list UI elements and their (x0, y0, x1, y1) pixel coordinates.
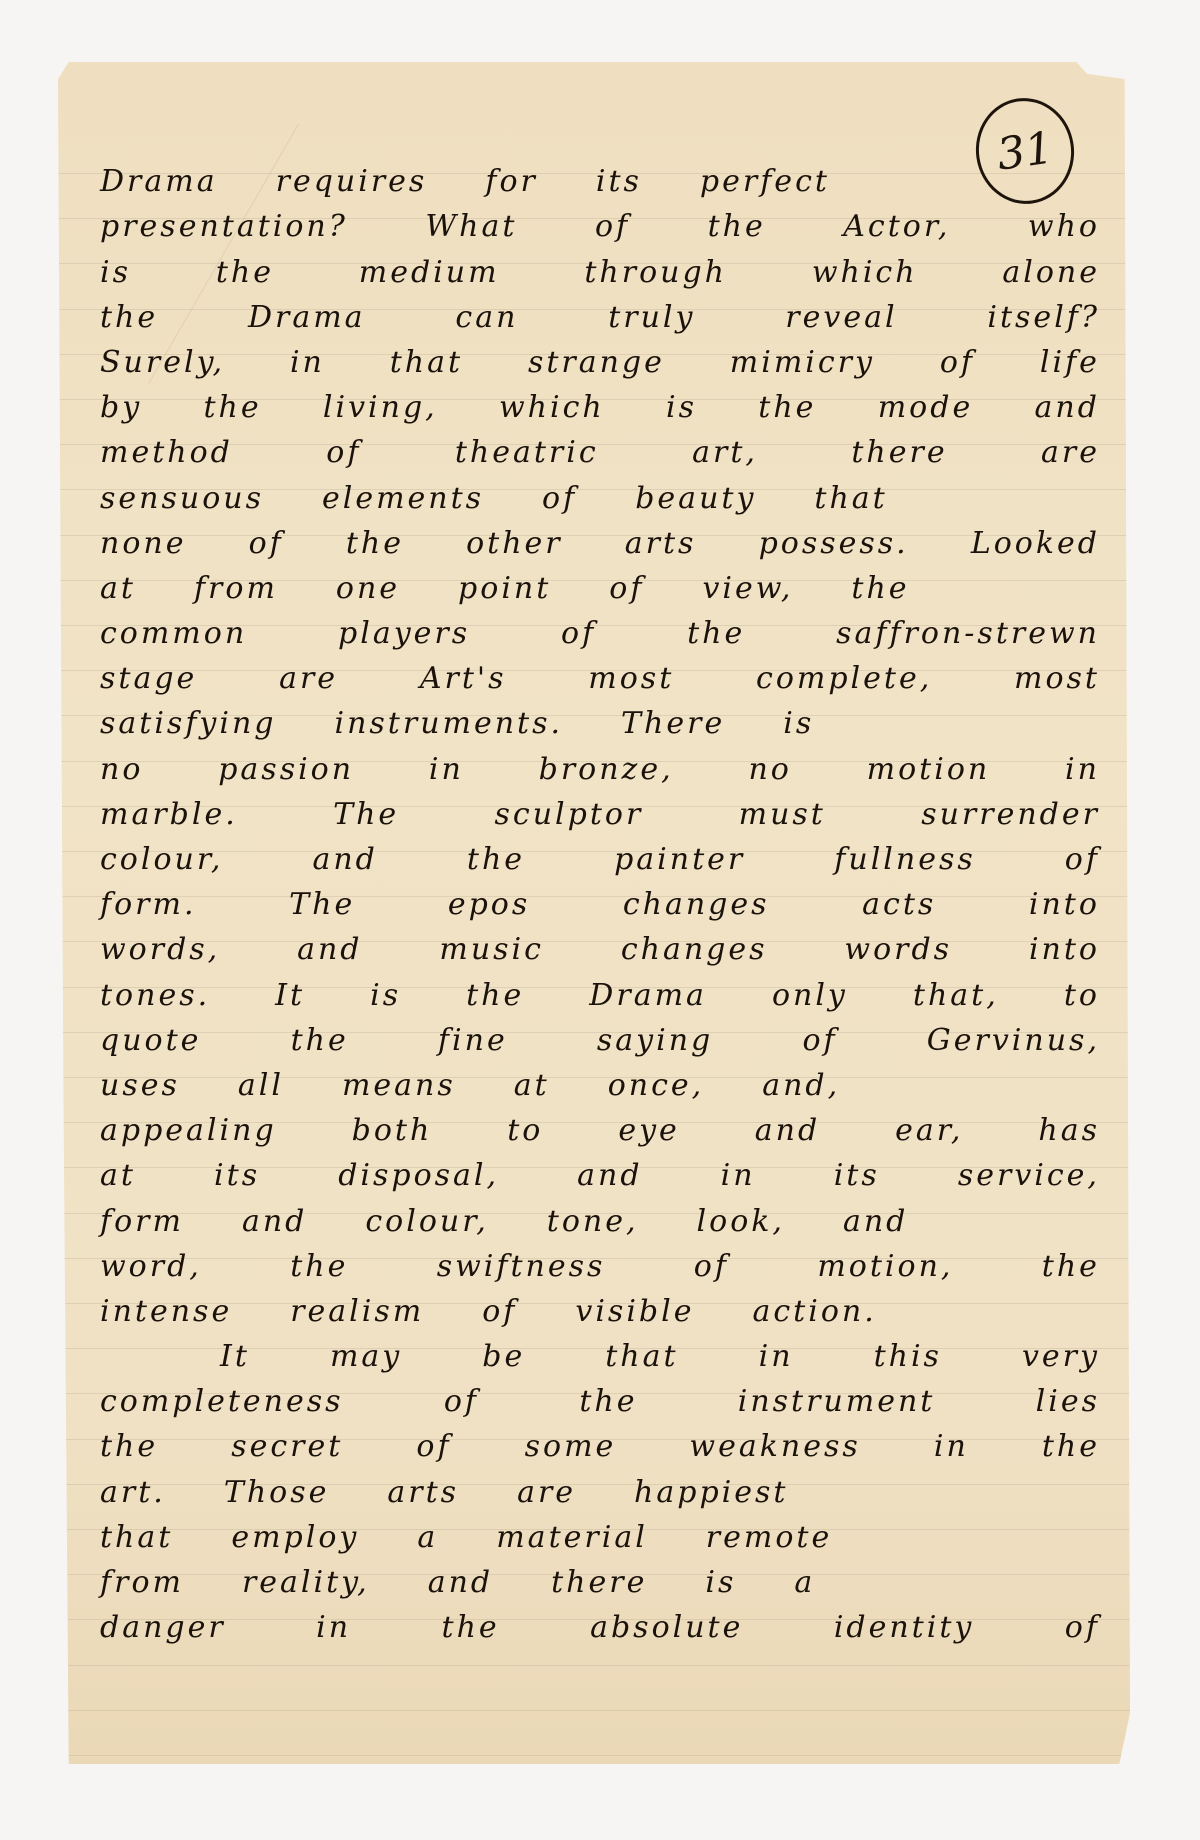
word: secret (231, 1432, 343, 1462)
word: art, (692, 438, 758, 468)
word: sensuous (100, 484, 264, 514)
word: satisfying (100, 709, 277, 739)
word: ear, (895, 1116, 963, 1146)
word: lies (1036, 1387, 1100, 1417)
word: realism (290, 1297, 424, 1327)
word: players (338, 619, 470, 649)
word: which (812, 258, 918, 288)
word: none (100, 529, 186, 559)
word: changes (623, 890, 770, 920)
word: is (100, 258, 131, 288)
manuscript-line: thatemployamaterialremote (100, 1514, 1100, 1559)
word: that (814, 484, 887, 514)
word: no (748, 755, 791, 785)
word: of (542, 484, 577, 514)
word: and (242, 1207, 307, 1237)
handwritten-text: Dramarequiresforitsperfectpresentation?W… (100, 158, 1100, 1649)
word: Surely, (100, 348, 225, 378)
word: requires (276, 167, 428, 197)
word: that (605, 1342, 678, 1372)
manuscript-line: theDramacantrulyrevealitself? (100, 294, 1100, 339)
word: instrument (738, 1387, 936, 1417)
word: who (1028, 212, 1100, 242)
word: arts (387, 1478, 459, 1508)
manuscript-page: 31 Dramarequiresforitsperfectpresentatio… (58, 62, 1130, 1764)
manuscript-line: sensuouselementsofbeautythat (100, 474, 1100, 519)
word: form. (100, 890, 197, 920)
word: is (370, 981, 401, 1011)
word: and (428, 1568, 493, 1598)
word: from (100, 1568, 184, 1598)
word: is (783, 709, 814, 739)
word: has (1038, 1116, 1100, 1146)
word: stage (100, 664, 197, 694)
word: mimicry (730, 348, 875, 378)
word: itself? (987, 303, 1100, 333)
word: and, (762, 1071, 840, 1101)
word: reality, (242, 1568, 370, 1598)
word: medium (359, 258, 500, 288)
word: fullness (834, 845, 975, 875)
word: of (249, 529, 284, 559)
word: alone (1002, 258, 1100, 288)
word: and (577, 1161, 642, 1191)
word: a (794, 1568, 815, 1598)
word: of (802, 1026, 837, 1056)
word: at (100, 574, 136, 604)
word: that, (913, 981, 999, 1011)
word: sculptor (495, 800, 644, 830)
word: happiest (634, 1478, 788, 1508)
word: music (439, 935, 544, 965)
word: identity (834, 1613, 975, 1643)
word: remote (706, 1523, 832, 1553)
word: point (458, 574, 551, 604)
word: the (579, 1387, 637, 1417)
word: that (100, 1523, 173, 1553)
word: uses (100, 1071, 180, 1101)
word: no (100, 755, 143, 785)
word: of (1065, 845, 1100, 875)
word: visible (575, 1297, 694, 1327)
word: the (687, 619, 745, 649)
word: colour, (365, 1207, 488, 1237)
word: possess. (759, 529, 909, 559)
word: of (595, 212, 630, 242)
word: eye (618, 1116, 679, 1146)
word: in (290, 348, 325, 378)
word: that (390, 348, 463, 378)
word: into (1029, 890, 1100, 920)
word: surrender (921, 800, 1100, 830)
word: are (1041, 438, 1100, 468)
word: swiftness (437, 1252, 606, 1282)
word: Those (224, 1478, 330, 1508)
word: of (482, 1297, 517, 1327)
word: the (346, 529, 404, 559)
manuscript-line: usesallmeansatonce,and, (100, 1062, 1100, 1107)
word: It (220, 1342, 250, 1372)
ruled-line (58, 1665, 1130, 1666)
word: to (1064, 981, 1100, 1011)
word: common (100, 619, 247, 649)
word: elements (322, 484, 484, 514)
manuscript-line: nopassioninbronze,nomotionin (100, 745, 1100, 790)
word: look, (697, 1207, 785, 1237)
word: arts (625, 529, 697, 559)
word: other (466, 529, 563, 559)
word: some (525, 1432, 617, 1462)
manuscript-line: noneoftheotherartspossess.Looked (100, 520, 1100, 565)
word: words, (100, 935, 220, 965)
word: is (666, 393, 697, 423)
word: through (584, 258, 727, 288)
manuscript-line: atitsdisposal,andinitsservice, (100, 1152, 1100, 1197)
word: disposal, (338, 1161, 499, 1191)
word: action. (752, 1297, 876, 1327)
manuscript-line: dangerintheabsoluteidentityof (100, 1604, 1100, 1649)
word: Drama (248, 303, 366, 333)
word: view, (702, 574, 793, 604)
manuscript-line: methodoftheatricart,thereare (100, 429, 1100, 474)
word: at (514, 1071, 550, 1101)
word: epos (448, 890, 530, 920)
manuscript-line: colour,andthepainterfullnessof (100, 836, 1100, 881)
word: Drama (589, 981, 707, 1011)
word: and (297, 935, 362, 965)
word: the (291, 1026, 349, 1056)
word: one (336, 574, 400, 604)
word: the (100, 1432, 158, 1462)
manuscript-line: stageareArt'smostcomplete,most (100, 655, 1100, 700)
word: which (499, 393, 605, 423)
word: and (1035, 393, 1100, 423)
word: is (705, 1568, 736, 1598)
manuscript-line: atfromonepointofview,the (100, 565, 1100, 610)
word: into (1029, 935, 1100, 965)
word: absolute (590, 1613, 743, 1643)
manuscript-line: Dramarequiresforitsperfect (100, 158, 1100, 203)
word: may (330, 1342, 402, 1372)
word: of (416, 1432, 451, 1462)
word: tone, (547, 1207, 639, 1237)
word: changes (621, 935, 768, 965)
word: the (290, 1252, 348, 1282)
word: The (333, 800, 399, 830)
word: motion, (817, 1252, 953, 1282)
word: most (1014, 664, 1100, 694)
word: Gervinus, (927, 1026, 1100, 1056)
word: the (466, 981, 524, 1011)
word: reveal (785, 303, 897, 333)
word: method (100, 438, 233, 468)
word: Actor, (843, 212, 950, 242)
word: painter (614, 845, 745, 875)
word: means (342, 1071, 456, 1101)
word: complete, (756, 664, 932, 694)
word: in (429, 755, 464, 785)
word: must (739, 800, 826, 830)
word: living, (323, 393, 438, 423)
ruled-line (58, 1710, 1130, 1711)
word: and (843, 1207, 908, 1237)
word: completeness (100, 1387, 344, 1417)
word: of (609, 574, 644, 604)
word: in (316, 1613, 351, 1643)
word: in (1065, 755, 1100, 785)
word: acts (862, 890, 936, 920)
word: word, (100, 1252, 202, 1282)
word: are (279, 664, 338, 694)
word: the (216, 258, 274, 288)
manuscript-line: art.Thoseartsarehappiest (100, 1468, 1100, 1513)
word: danger (100, 1613, 226, 1643)
word: of (561, 619, 596, 649)
word: presentation? (100, 212, 348, 242)
word: of (1065, 1613, 1100, 1643)
manuscript-line: tones.ItistheDramaonlythat,to (100, 971, 1100, 1016)
word: fine (438, 1026, 508, 1056)
manuscript-line: Surely,inthatstrangemimicryoflife (100, 339, 1100, 384)
word: of (694, 1252, 729, 1282)
word: there (851, 438, 947, 468)
word: of (940, 348, 975, 378)
manuscript-line: form.Theeposchangesactsinto (100, 881, 1100, 926)
word: service, (958, 1161, 1100, 1191)
ink-blot-right (1134, 1744, 1176, 1826)
manuscript-line: thesecretofsomeweaknessinthe (100, 1423, 1100, 1468)
word: its (214, 1161, 260, 1191)
word: a (417, 1523, 438, 1553)
word: instruments. (335, 709, 564, 739)
word: be (482, 1342, 525, 1372)
word: appealing (100, 1116, 277, 1146)
word: Art's (420, 664, 507, 694)
word: life (1040, 348, 1100, 378)
word: in (721, 1161, 756, 1191)
ink-blot-left (158, 1814, 184, 1826)
word: there (551, 1568, 647, 1598)
manuscript-line: presentation?WhatoftheActor,who (100, 203, 1100, 248)
word: passion (218, 755, 354, 785)
word: beauty (635, 484, 756, 514)
word: in (934, 1432, 969, 1462)
word: the (203, 393, 261, 423)
manuscript-line: intenserealismofvisibleaction. (100, 1288, 1100, 1333)
word: the (758, 393, 816, 423)
word: are (517, 1478, 576, 1508)
word: the (467, 845, 525, 875)
word: all (238, 1071, 284, 1101)
word: marble. (100, 800, 238, 830)
manuscript-line: satisfyinginstruments.Thereis (100, 700, 1100, 745)
word: from (194, 574, 278, 604)
word: theatric (455, 438, 599, 468)
word: words (844, 935, 952, 965)
word: the (708, 212, 766, 242)
word: It (275, 981, 305, 1011)
word: the (442, 1613, 500, 1643)
word: and (312, 845, 377, 875)
word: both (352, 1116, 433, 1146)
word: There (621, 709, 725, 739)
word: weakness (689, 1432, 860, 1462)
word: the (1042, 1252, 1100, 1282)
word: very (1022, 1342, 1100, 1372)
manuscript-line: words,andmusicchangeswordsinto (100, 926, 1100, 971)
manuscript-line: quotethefinesayingofGervinus, (100, 1017, 1100, 1062)
word: The (289, 890, 355, 920)
manuscript-line: bytheliving,whichisthemodeand (100, 384, 1100, 429)
word: this (874, 1342, 942, 1372)
word: its (596, 167, 642, 197)
word: and (755, 1116, 820, 1146)
word: mode (878, 393, 973, 423)
word: motion (867, 755, 991, 785)
word: its (834, 1161, 880, 1191)
word: tones. (100, 981, 210, 1011)
manuscript-line: commonplayersofthesaffron-strewn (100, 610, 1100, 655)
ruled-line (58, 1755, 1130, 1756)
word: bronze, (539, 755, 674, 785)
word: for (485, 167, 538, 197)
word: the (851, 574, 909, 604)
word: only (772, 981, 848, 1011)
word: most (588, 664, 674, 694)
word: material (496, 1523, 648, 1553)
word: can (455, 303, 518, 333)
word: strange (528, 348, 665, 378)
manuscript-line: appealingbothtoeyeandear,has (100, 1107, 1100, 1152)
manuscript-line: fromreality,andthereisa (100, 1559, 1100, 1604)
word: saying (597, 1026, 713, 1056)
word: What (425, 212, 517, 242)
manuscript-line: word,theswiftnessofmotion,the (100, 1243, 1100, 1288)
word: once, (608, 1071, 704, 1101)
word: at (100, 1161, 136, 1191)
word: quote (100, 1026, 201, 1056)
word: by (100, 393, 142, 423)
word: art. (100, 1478, 166, 1508)
word: Drama (100, 167, 218, 197)
word: to (507, 1116, 543, 1146)
word: truly (608, 303, 695, 333)
word: of (444, 1387, 479, 1417)
word: saffron-strewn (836, 619, 1100, 649)
manuscript-line: formandcolour,tone,look,and (100, 1197, 1100, 1242)
word: in (759, 1342, 794, 1372)
word: of (326, 438, 361, 468)
word: perfect (700, 167, 830, 197)
word: intense (100, 1297, 232, 1327)
manuscript-line: completenessoftheinstrumentlies (100, 1378, 1100, 1423)
manuscript-line: marble.Thesculptormustsurrender (100, 791, 1100, 836)
word: the (100, 303, 158, 333)
word: the (1042, 1432, 1100, 1462)
manuscript-line: isthemediumthroughwhichalone (100, 248, 1100, 293)
word: colour, (100, 845, 223, 875)
word: form (100, 1207, 184, 1237)
word: Looked (971, 529, 1100, 559)
word: employ (231, 1523, 359, 1553)
manuscript-line: Itmaybethatinthisvery (100, 1333, 1100, 1378)
